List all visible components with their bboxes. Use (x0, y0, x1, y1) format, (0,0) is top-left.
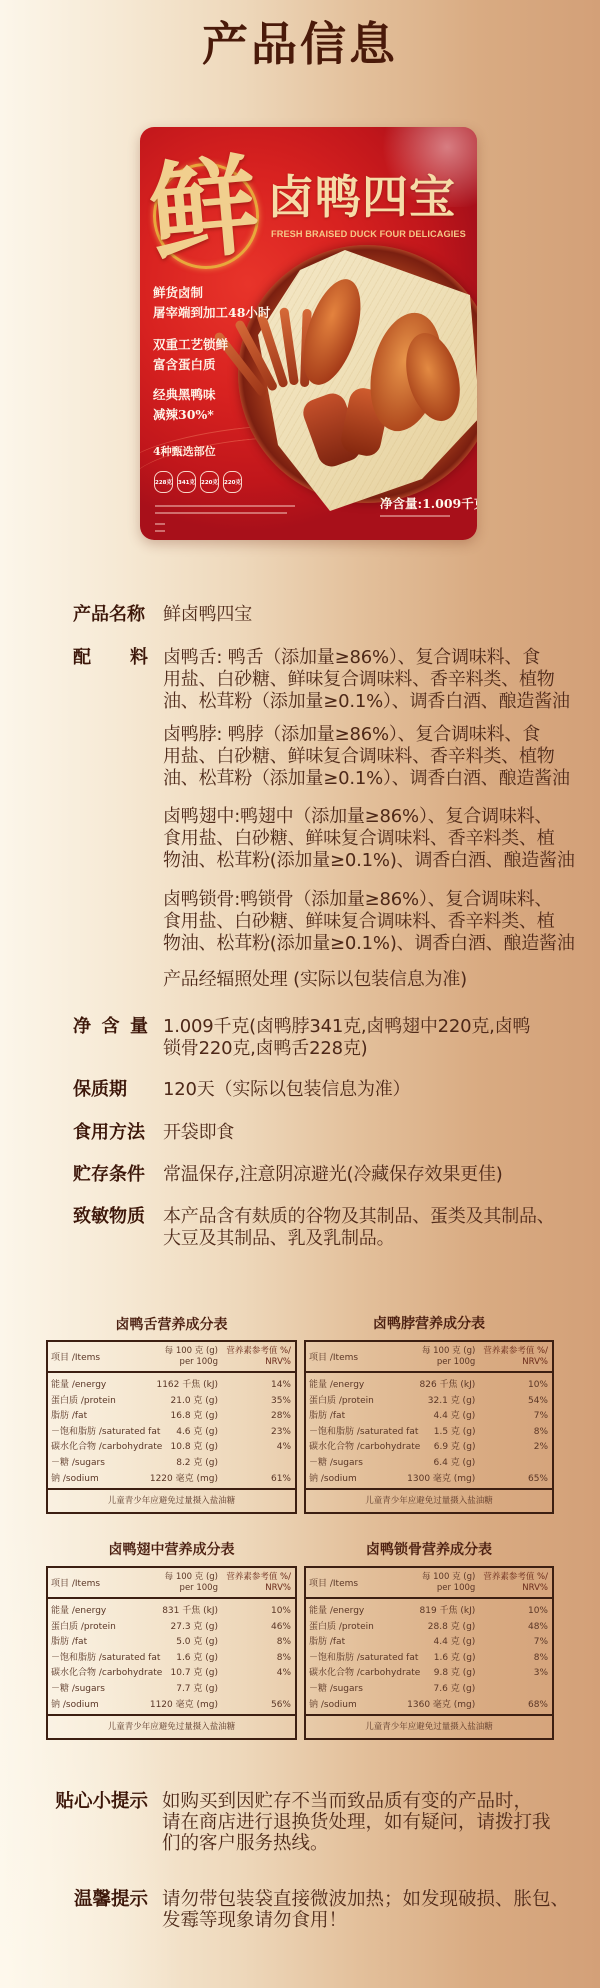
row-value: 10.8 克 (g) (148, 1440, 218, 1456)
fine-print-decor (380, 515, 450, 517)
ingredients-line: 油、松茸粉（添加量≥0.1%）、调香白酒、酿造酱油 (163, 768, 570, 790)
product-package-image: 鲜 卤鸭四宝 FRESH BRAISED DUCK FOUR DELICAGIE… (140, 127, 477, 540)
product-name-value: 鲜卤鸭四宝 (163, 604, 252, 626)
net-content-line: 1.009千克(卤鸭脖341克,卤鸭翅中220克,卤鸭 (163, 1016, 530, 1038)
tip-line: 发霉等现象请勿食用！ (162, 1910, 569, 1931)
ingredients-line: 油、松茸粉（添加量≥0.1%）、调香白酒、酿造酱油 (163, 691, 570, 713)
tip-line: 如购买到因贮存不当而致品质有变的产品时， (162, 1791, 551, 1812)
shelf-life-label: 保质期 (73, 1079, 148, 1101)
row-value: 4.6 克 (g) (148, 1425, 218, 1441)
header-line: 每 100 克 (g) (406, 1346, 476, 1357)
row-label: 脂肪 /fat (309, 1635, 406, 1651)
column-header-nrv: 营养素参考值 %/ NRV% (218, 1346, 291, 1368)
row-value: 1220 毫克 (mg) (148, 1472, 218, 1488)
column-header-per-100g: 每 100 克 (g) per 100g (406, 1572, 476, 1594)
row-label: 碳水化合物 /carbohydrate (51, 1666, 148, 1682)
column-header-per-100g: 每 100 克 (g) per 100g (148, 1346, 218, 1368)
table-row: 脂肪 /fat4.4 克 (g)7% (309, 1409, 548, 1425)
row-nrv: 8% (476, 1425, 548, 1441)
header-line: 每 100 克 (g) (406, 1572, 476, 1583)
row-nrv: 4% (218, 1666, 291, 1682)
warm-reminder-label: 温馨提示 (0, 1889, 148, 1910)
row-label: 蛋白质 /protein (309, 1394, 406, 1410)
row-label: 钠 /sodium (309, 1698, 406, 1714)
table-row: －饱和脂肪 /saturated fat1.6 克 (g)8% (309, 1651, 548, 1667)
nutrition-table-title: 卤鸭脖营养成分表 (304, 1315, 554, 1333)
table-row: 蛋白质 /protein27.3 克 (g)46% (51, 1620, 291, 1636)
header-line: NRV% (218, 1357, 291, 1368)
row-nrv: 10% (475, 1378, 548, 1394)
table-footer-note: 儿童青少年应避免过量摄入盐油糖 (48, 1714, 295, 1738)
row-value: 28.8 克 (g) (406, 1620, 476, 1636)
row-nrv (475, 1682, 548, 1698)
table-row: 钠 /sodium1360 毫克 (mg)68% (309, 1698, 548, 1714)
row-nrv: 65% (475, 1472, 548, 1488)
header-line: 每 100 克 (g) (148, 1572, 218, 1583)
table-row: －糖 /sugars6.4 克 (g) (309, 1456, 548, 1472)
product-name-label: 产品名称 (73, 604, 148, 626)
usage-value: 开袋即食 (163, 1122, 234, 1144)
table-body: 能量 /energy831 千焦 (kJ)10% 蛋白质 /protein27.… (48, 1599, 295, 1714)
table-row: 能量 /energy819 千焦 (kJ)10% (309, 1604, 548, 1620)
part-weight-badge: 220克 (223, 471, 242, 493)
row-label: 脂肪 /fat (309, 1409, 406, 1425)
irradiation-note: 产品经辐照处理 (实际以包装信息为准) (163, 969, 467, 991)
ingredients-line: 卤鸭舌: 鸭舌（添加量≥86%）、复合调味料、食 (163, 647, 570, 669)
care-tip-text: 如购买到因贮存不当而致品质有变的产品时， 请在商店进行退换货处理，如有疑问，请拨… (162, 1791, 551, 1854)
row-nrv: 48% (475, 1620, 548, 1636)
row-label: 蛋白质 /protein (51, 1620, 148, 1636)
row-label: －饱和脂肪 /saturated fat (309, 1651, 406, 1667)
header-line: 每 100 克 (g) (148, 1346, 218, 1357)
row-value: 1.6 克 (g) (406, 1651, 476, 1667)
row-value: 4.4 克 (g) (406, 1635, 476, 1651)
row-label: 脂肪 /fat (51, 1409, 148, 1425)
row-value: 21.0 克 (g) (148, 1394, 218, 1410)
warm-reminder-text: 请勿带包装袋直接微波加热；如发现破损、胀包、 发霉等现象请勿食用！ (162, 1889, 569, 1931)
row-label: 碳水化合物 /carbohydrate (51, 1440, 148, 1456)
table-row: 能量 /energy826 千焦 (kJ)10% (309, 1378, 548, 1394)
row-value: 1120 毫克 (mg) (148, 1698, 218, 1714)
ingredients-line: 物油、松茸粉(添加量≥0.1%)、调香白酒、酿造酱油 (163, 850, 575, 872)
row-label: 能量 /energy (51, 1604, 148, 1620)
fine-print-decor (155, 512, 287, 514)
header-line: 营养素参考值 %/ (475, 1572, 548, 1583)
storage-value: 常温保存,注意阴凉避光(冷藏保存效果更佳) (163, 1164, 503, 1186)
table-row: －糖 /sugars7.7 克 (g) (51, 1682, 291, 1698)
row-value: 819 千焦 (kJ) (406, 1604, 476, 1620)
table-body: 能量 /energy819 千焦 (kJ)10% 蛋白质 /protein28.… (306, 1599, 552, 1714)
table-row: －糖 /sugars8.2 克 (g) (51, 1456, 291, 1472)
tip-line: 请在商店进行退换货处理，如有疑问，请拨打我 (162, 1812, 551, 1833)
column-header-items: 项目 /Items (309, 1350, 406, 1363)
package-english-subtitle: FRESH BRAISED DUCK FOUR DELICAGIES (271, 228, 466, 240)
header-line: per 100g (148, 1583, 218, 1594)
table-footer-note: 儿童青少年应避免过量摄入盐油糖 (48, 1488, 295, 1512)
row-label: －糖 /sugars (309, 1682, 406, 1698)
ingredients-line: 用盐、白砂糖、鲜味复合调味料、香辛料类、植物 (163, 746, 570, 768)
ingredients-line: 食用盐、白砂糖、鲜味复合调味料、香辛料类、植 (163, 828, 575, 850)
row-value: 826 千焦 (kJ) (406, 1378, 476, 1394)
nutrition-table-title: 卤鸭舌营养成分表 (46, 1316, 297, 1334)
header-line: per 100g (406, 1583, 476, 1594)
header-line: 营养素参考值 %/ (218, 1572, 291, 1583)
table-row: 蛋白质 /protein21.0 克 (g)35% (51, 1394, 291, 1410)
ingredients-line: 物油、松茸粉(添加量≥0.1%)、调香白酒、酿造酱油 (163, 933, 575, 955)
row-nrv: 14% (218, 1378, 291, 1394)
ingredients-line: 卤鸭锁骨:鸭锁骨（添加量≥86%）、复合调味料、 (163, 889, 575, 911)
column-header-nrv: 营养素参考值 %/ NRV% (475, 1346, 548, 1368)
shelf-life-value: 120天（实际以包装信息为准） (163, 1079, 410, 1101)
row-nrv: 23% (218, 1425, 291, 1441)
table-row: 钠 /sodium1120 毫克 (mg)56% (51, 1698, 291, 1714)
row-label: －糖 /sugars (51, 1682, 148, 1698)
care-tip-label: 贴心小提示 (0, 1791, 148, 1812)
row-nrv: 2% (476, 1440, 548, 1456)
net-content-value: 1.009千克(卤鸭脖341克,卤鸭翅中220克,卤鸭 锁骨220克,卤鸭舌22… (163, 1016, 530, 1060)
part-weight: 341克 (178, 479, 195, 487)
row-value: 831 千焦 (kJ) (148, 1604, 218, 1620)
table-row: 碳水化合物 /carbohydrate10.8 克 (g)4% (51, 1440, 291, 1456)
row-value: 1.6 克 (g) (148, 1651, 218, 1667)
nutrition-table-duck-neck: 项目 /Items 每 100 克 (g) per 100g 营养素参考值 %/… (304, 1340, 554, 1514)
row-nrv: 61% (218, 1472, 291, 1488)
row-label: 能量 /energy (309, 1604, 406, 1620)
row-nrv: 54% (475, 1394, 548, 1410)
row-nrv: 10% (475, 1604, 548, 1620)
table-row: 碳水化合物 /carbohydrate10.7 克 (g)4% (51, 1666, 291, 1682)
part-weight-badge: 341克 (177, 471, 196, 493)
table-row: 蛋白质 /protein32.1 克 (g)54% (309, 1394, 548, 1410)
row-value: 1162 千焦 (kJ) (148, 1378, 218, 1394)
package-feature-line: 富含蛋白质 (153, 355, 216, 375)
net-content-label: 净含量 (73, 1016, 148, 1038)
package-product-name: 卤鸭四宝 (268, 171, 456, 223)
ingredients-line: 卤鸭脖: 鸭脖（添加量≥86%）、复合调味料、食 (163, 724, 570, 746)
ingredients-paragraph-duck-clavicle: 卤鸭锁骨:鸭锁骨（添加量≥86%）、复合调味料、 食用盐、白砂糖、鲜味复合调味料… (163, 889, 575, 955)
row-label: 蛋白质 /protein (51, 1394, 148, 1410)
table-row: 脂肪 /fat5.0 克 (g)8% (51, 1635, 291, 1651)
part-weight-badge: 220克 (200, 471, 219, 493)
row-label: 脂肪 /fat (51, 1635, 148, 1651)
table-row: －饱和脂肪 /saturated fat4.6 克 (g)23% (51, 1425, 291, 1441)
row-nrv: 10% (218, 1604, 291, 1620)
part-weight: 220克 (224, 479, 241, 487)
tip-line: 请勿带包装袋直接微波加热；如发现破损、胀包、 (162, 1889, 569, 1910)
column-header-nrv: 营养素参考值 %/ NRV% (475, 1572, 548, 1594)
row-label: 钠 /sodium (51, 1698, 148, 1714)
row-label: 钠 /sodium (309, 1472, 406, 1488)
table-row: 蛋白质 /protein28.8 克 (g)48% (309, 1620, 548, 1636)
allergens-line: 大豆及其制品、乳及乳制品。 (163, 1228, 555, 1250)
part-weight-badge: 228克 (154, 471, 173, 493)
header-line: per 100g (148, 1357, 218, 1368)
net-content-line: 锁骨220克,卤鸭舌228克) (163, 1038, 530, 1060)
row-nrv: 8% (476, 1651, 548, 1667)
table-header: 项目 /Items 每 100 克 (g) per 100g 营养素参考值 %/… (48, 1568, 295, 1599)
column-header-per-100g: 每 100 克 (g) per 100g (148, 1572, 218, 1594)
nutrition-table-title: 卤鸭翅中营养成分表 (46, 1541, 297, 1559)
row-value: 32.1 克 (g) (406, 1394, 476, 1410)
table-body: 能量 /energy1162 千焦 (kJ)14% 蛋白质 /protein21… (48, 1373, 295, 1488)
ingredients-label: 配料 (73, 647, 148, 669)
part-weight: 220克 (201, 479, 218, 487)
row-nrv: 35% (218, 1394, 291, 1410)
package-feature-line: 经典黑鸭味 (153, 385, 216, 405)
row-nrv: 3% (476, 1666, 548, 1682)
row-label: －糖 /sugars (51, 1456, 148, 1472)
row-value: 27.3 克 (g) (148, 1620, 218, 1636)
row-label: －饱和脂肪 /saturated fat (51, 1425, 148, 1441)
usage-label: 食用方法 (73, 1122, 148, 1144)
fine-print-decor (155, 523, 165, 525)
row-nrv: 4% (218, 1440, 291, 1456)
nutrition-table-title: 卤鸭锁骨营养成分表 (304, 1541, 554, 1559)
fine-print-decor (155, 505, 295, 507)
fine-print-decor (155, 530, 165, 532)
row-nrv (218, 1456, 291, 1472)
row-nrv: 7% (475, 1635, 548, 1651)
package-hero-char: 鲜 (145, 145, 263, 276)
table-row: 钠 /sodium1300 毫克 (mg)65% (309, 1472, 548, 1488)
row-label: 钠 /sodium (51, 1472, 148, 1488)
header-line: 营养素参考值 %/ (218, 1346, 291, 1357)
row-value: 1300 毫克 (mg) (406, 1472, 476, 1488)
ingredients-paragraph-duck-neck: 卤鸭脖: 鸭脖（添加量≥86%）、复合调味料、食 用盐、白砂糖、鲜味复合调味料、… (163, 724, 570, 790)
allergens-label: 致敏物质 (73, 1206, 148, 1228)
allergens-value: 本产品含有麸质的谷物及其制品、蛋类及其制品、 大豆及其制品、乳及乳制品。 (163, 1206, 555, 1250)
row-value: 1.5 克 (g) (406, 1425, 476, 1441)
column-header-items: 项目 /Items (309, 1576, 406, 1589)
nutrition-table-duck-clavicle: 项目 /Items 每 100 克 (g) per 100g 营养素参考值 %/… (304, 1566, 554, 1740)
row-value: 4.4 克 (g) (406, 1409, 476, 1425)
row-value: 6.9 克 (g) (406, 1440, 476, 1456)
allergens-line: 本产品含有麸质的谷物及其制品、蛋类及其制品、 (163, 1206, 555, 1228)
row-value: 7.6 克 (g) (406, 1682, 476, 1698)
row-nrv: 8% (218, 1651, 291, 1667)
table-row: 能量 /energy831 千焦 (kJ)10% (51, 1604, 291, 1620)
row-label: －饱和脂肪 /saturated fat (309, 1425, 406, 1441)
row-nrv: 46% (218, 1620, 291, 1636)
page-title: 产品信息 (0, 16, 600, 72)
row-label: 能量 /energy (309, 1378, 406, 1394)
ingredients-paragraph-duck-tongue: 卤鸭舌: 鸭舌（添加量≥86%）、复合调味料、食 用盐、白砂糖、鲜味复合调味料、… (163, 647, 570, 713)
table-footer-note: 儿童青少年应避免过量摄入盐油糖 (306, 1714, 552, 1738)
table-row: －饱和脂肪 /saturated fat1.6 克 (g)8% (51, 1651, 291, 1667)
ingredients-paragraph-duck-wing: 卤鸭翅中:鸭翅中（添加量≥86%）、复合调味料、 食用盐、白砂糖、鲜味复合调味料… (163, 806, 575, 872)
row-nrv: 7% (475, 1409, 548, 1425)
header-line: NRV% (475, 1357, 548, 1368)
table-row: 钠 /sodium1220 毫克 (mg)61% (51, 1472, 291, 1488)
table-body: 能量 /energy826 千焦 (kJ)10% 蛋白质 /protein32.… (306, 1373, 552, 1488)
row-nrv: 68% (475, 1698, 548, 1714)
row-label: 碳水化合物 /carbohydrate (309, 1440, 406, 1456)
header-line: NRV% (218, 1583, 291, 1594)
row-label: －饱和脂肪 /saturated fat (51, 1651, 148, 1667)
row-nrv: 28% (218, 1409, 291, 1425)
table-header: 项目 /Items 每 100 克 (g) per 100g 营养素参考值 %/… (306, 1568, 552, 1599)
header-line: 营养素参考值 %/ (475, 1346, 548, 1357)
table-row: 能量 /energy1162 千焦 (kJ)14% (51, 1378, 291, 1394)
row-label: 能量 /energy (51, 1378, 148, 1394)
table-row: 碳水化合物 /carbohydrate6.9 克 (g)2% (309, 1440, 548, 1456)
ingredients-line: 用盐、白砂糖、鲜味复合调味料、香辛料类、植物 (163, 669, 570, 691)
table-row: 脂肪 /fat16.8 克 (g)28% (51, 1409, 291, 1425)
table-header: 项目 /Items 每 100 克 (g) per 100g 营养素参考值 %/… (48, 1342, 295, 1373)
row-value: 5.0 克 (g) (148, 1635, 218, 1651)
header-line: NRV% (475, 1583, 548, 1594)
column-header-per-100g: 每 100 克 (g) per 100g (406, 1346, 476, 1368)
row-value: 16.8 克 (g) (148, 1409, 218, 1425)
package-net-weight: 净含量:1.009千克 (380, 495, 477, 513)
part-weight: 228克 (155, 479, 172, 487)
ingredients-line: 卤鸭翅中:鸭翅中（添加量≥86%）、复合调味料、 (163, 806, 575, 828)
row-nrv: 8% (218, 1635, 291, 1651)
table-row: 脂肪 /fat4.4 克 (g)7% (309, 1635, 548, 1651)
row-nrv: 56% (218, 1698, 291, 1714)
tip-line: 们的客户服务热线。 (162, 1833, 551, 1854)
row-value: 1360 毫克 (mg) (406, 1698, 476, 1714)
ingredients-line: 食用盐、白砂糖、鲜味复合调味料、香辛料类、植 (163, 911, 575, 933)
package-feature-line: 屠宰端到加工48小时 (153, 303, 270, 323)
nutrition-table-duck-wing: 项目 /Items 每 100 克 (g) per 100g 营养素参考值 %/… (46, 1566, 297, 1740)
storage-label: 贮存条件 (73, 1164, 148, 1186)
table-row: 碳水化合物 /carbohydrate9.8 克 (g)3% (309, 1666, 548, 1682)
row-nrv (475, 1456, 548, 1472)
row-nrv (218, 1682, 291, 1698)
table-footer-note: 儿童青少年应避免过量摄入盐油糖 (306, 1488, 552, 1512)
row-value: 9.8 克 (g) (406, 1666, 476, 1682)
row-value: 8.2 克 (g) (148, 1456, 218, 1472)
row-label: －糖 /sugars (309, 1456, 406, 1472)
column-header-items: 项目 /Items (51, 1350, 148, 1363)
row-label: 蛋白质 /protein (309, 1620, 406, 1636)
header-line: per 100g (406, 1357, 476, 1368)
package-feature-line: 鲜货卤制 (153, 283, 203, 303)
row-value: 6.4 克 (g) (406, 1456, 476, 1472)
column-header-nrv: 营养素参考值 %/ NRV% (218, 1572, 291, 1594)
package-feature-line: 减辣30%* (153, 405, 214, 425)
table-row: －饱和脂肪 /saturated fat1.5 克 (g)8% (309, 1425, 548, 1441)
row-value: 10.7 克 (g) (148, 1666, 218, 1682)
table-row: －糖 /sugars7.6 克 (g) (309, 1682, 548, 1698)
package-feature-line: 双重工艺锁鲜 (153, 335, 228, 355)
table-header: 项目 /Items 每 100 克 (g) per 100g 营养素参考值 %/… (306, 1342, 552, 1373)
row-value: 7.7 克 (g) (148, 1682, 218, 1698)
package-parts-label: 4种甄选部位 (153, 444, 216, 460)
nutrition-table-duck-tongue: 项目 /Items 每 100 克 (g) per 100g 营养素参考值 %/… (46, 1340, 297, 1514)
row-label: 碳水化合物 /carbohydrate (309, 1666, 406, 1682)
column-header-items: 项目 /Items (51, 1576, 148, 1589)
